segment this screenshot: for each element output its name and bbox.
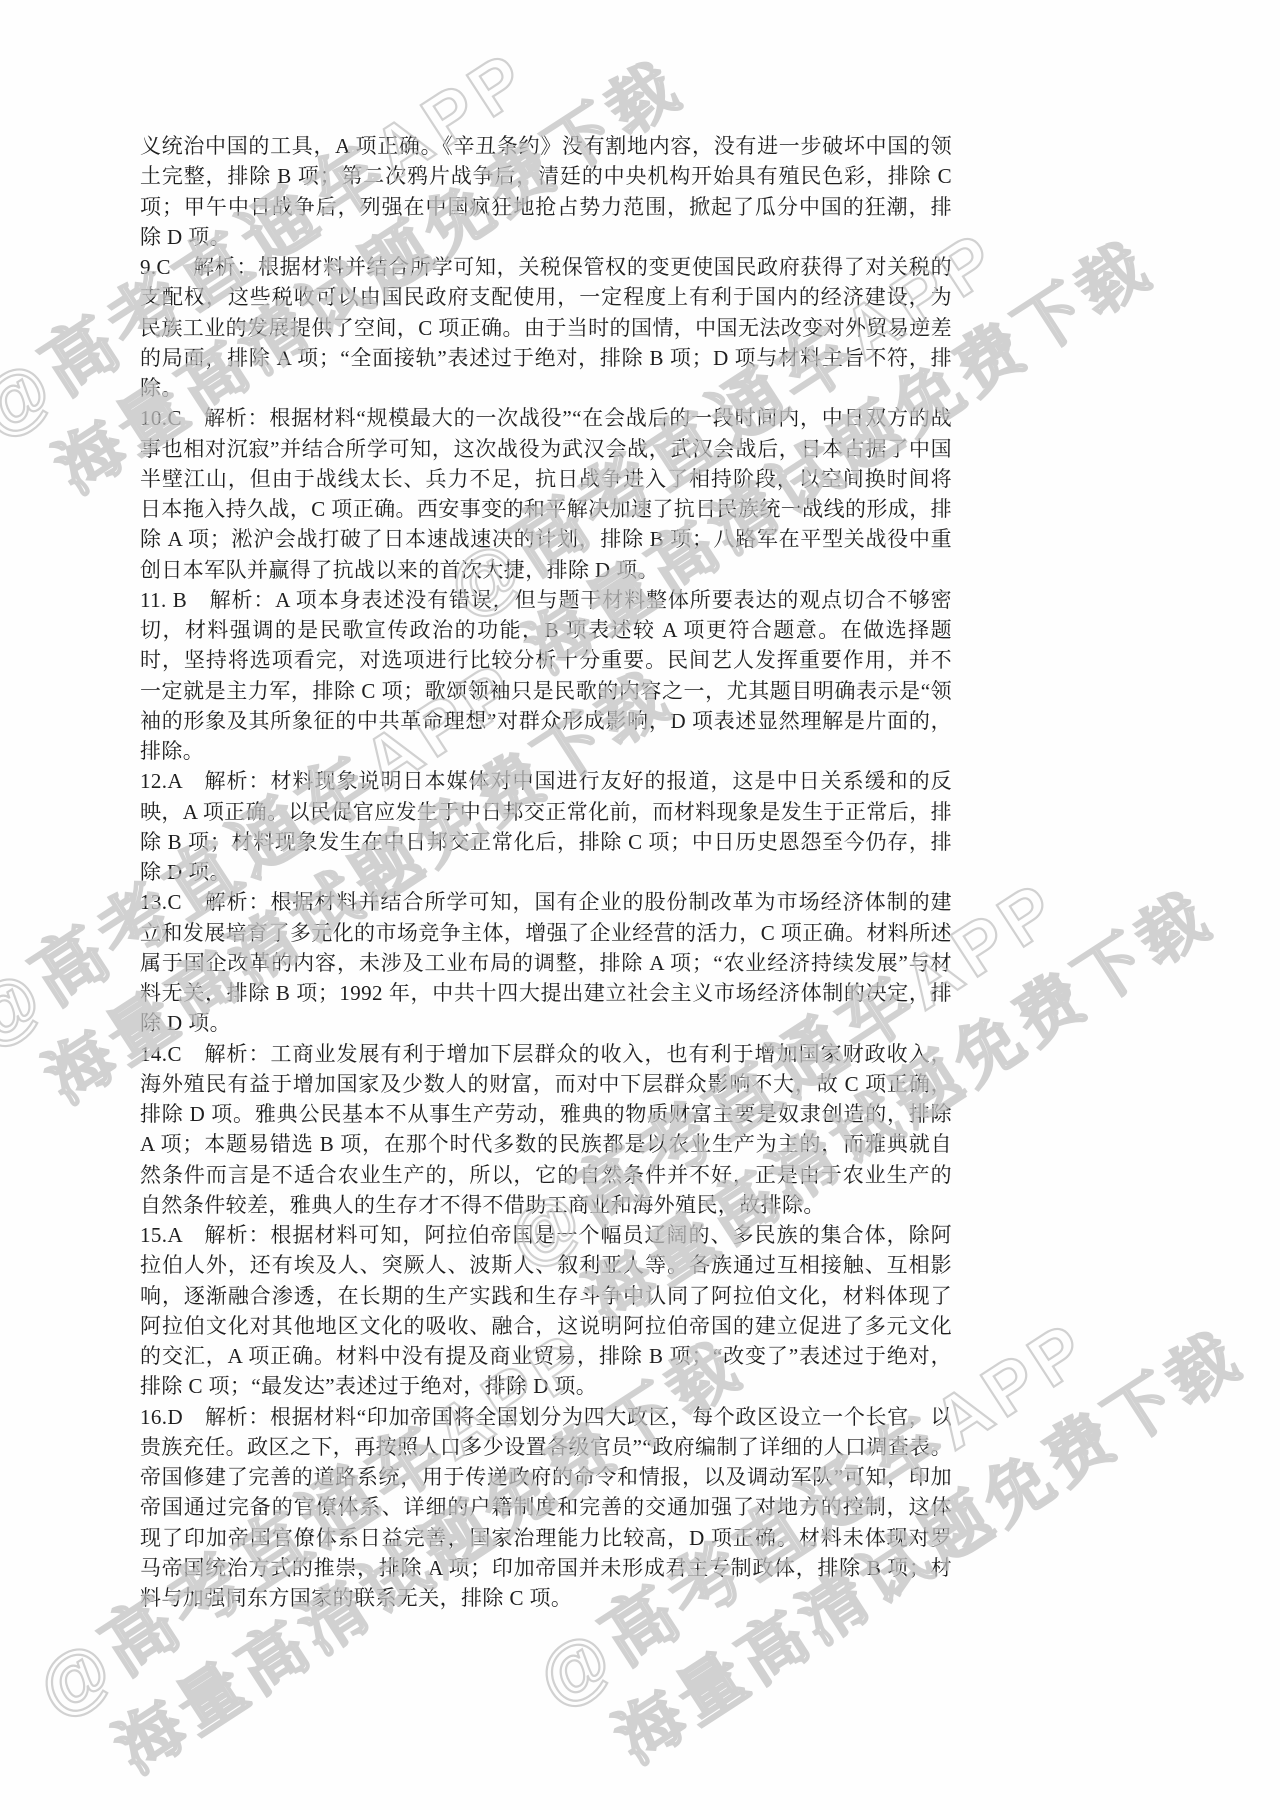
answer-paragraph-q8-continuation: 义统治中国的工具，A 项正确。《辛丑条约》没有割地内容，没有进一步破坏中国的领土… [140, 131, 952, 252]
scanned-answer-sheet-page: 义统治中国的工具，A 项正确。《辛丑条约》没有割地内容，没有进一步破坏中国的领土… [0, 0, 1280, 1810]
answer-key-text-block: 义统治中国的工具，A 项正确。《辛丑条约》没有割地内容，没有进一步破坏中国的领土… [140, 131, 952, 1613]
answer-paragraph-q13: 13.C 解析：根据材料并结合所学可知，国有企业的股份制改革为市场经济体制的建立… [140, 887, 952, 1038]
answer-paragraph-q11: 11. B 解析：A 项本身表述没有错误，但与题干材料整体所要表达的观点切合不够… [140, 585, 952, 767]
answer-paragraph-q12: 12.A 解析：材料现象说明日本媒体对中国进行友好的报道，这是中日关系缓和的反映… [140, 766, 952, 887]
answer-paragraph-q14: 14.C 解析：工商业发展有利于增加下层群众的收入，也有利于增加国家财政收入，海… [140, 1039, 952, 1221]
answer-paragraph-q9: 9.C 解析：根据材料并结合所学可知，关税保管权的变更使国民政府获得了对关税的支… [140, 252, 952, 403]
answer-paragraph-q16: 16.D 解析：根据材料“印加帝国将全国划分为四大政区，每个政区设立一个长官，以… [140, 1402, 952, 1614]
answer-paragraph-q15: 15.A 解析：根据材料可知，阿拉伯帝国是一个幅员辽阔的、多民族的集合体，除阿拉… [140, 1220, 952, 1402]
answer-paragraph-q10: 10.C 解析：根据材料“规模最大的一次战役”“在会战后的一段时间内，中日双方的… [140, 403, 952, 585]
